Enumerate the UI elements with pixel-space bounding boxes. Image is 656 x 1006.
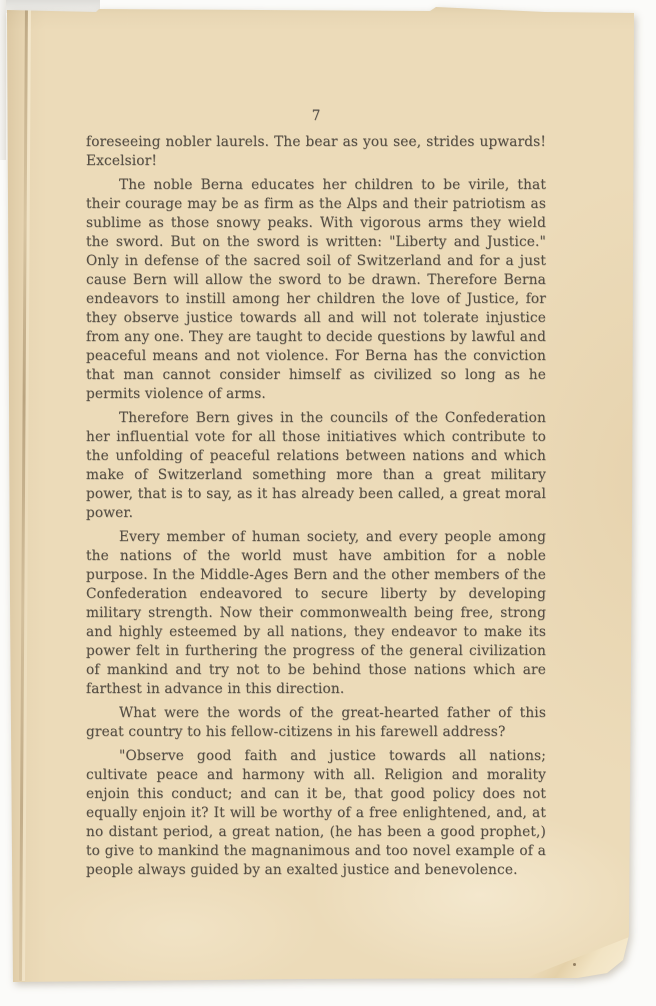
paragraph: Every member of human society, and every…	[86, 528, 546, 699]
page-text: foreseeing nobler laurels. The bear as y…	[86, 133, 546, 880]
paragraph: Therefore Bern gives in the councils of …	[86, 409, 546, 523]
scanned-page-view: 7 foreseeing nobler laurels. The bear as…	[0, 0, 656, 1006]
page-number: 7	[86, 108, 546, 124]
paragraph: What were the words of the great-hearted…	[86, 704, 546, 742]
paper-speck	[573, 963, 576, 966]
paragraph: The noble Berna educates her children to…	[86, 176, 546, 404]
book-page: 7 foreseeing nobler laurels. The bear as…	[0, 0, 656, 1006]
paragraph-quote: "Observe good faith and justice towards …	[86, 747, 546, 880]
corner-curl	[520, 936, 632, 980]
paragraph-continuation: foreseeing nobler laurels. The bear as y…	[86, 133, 546, 171]
paper-sheet: 7 foreseeing nobler laurels. The bear as…	[0, 0, 656, 1006]
